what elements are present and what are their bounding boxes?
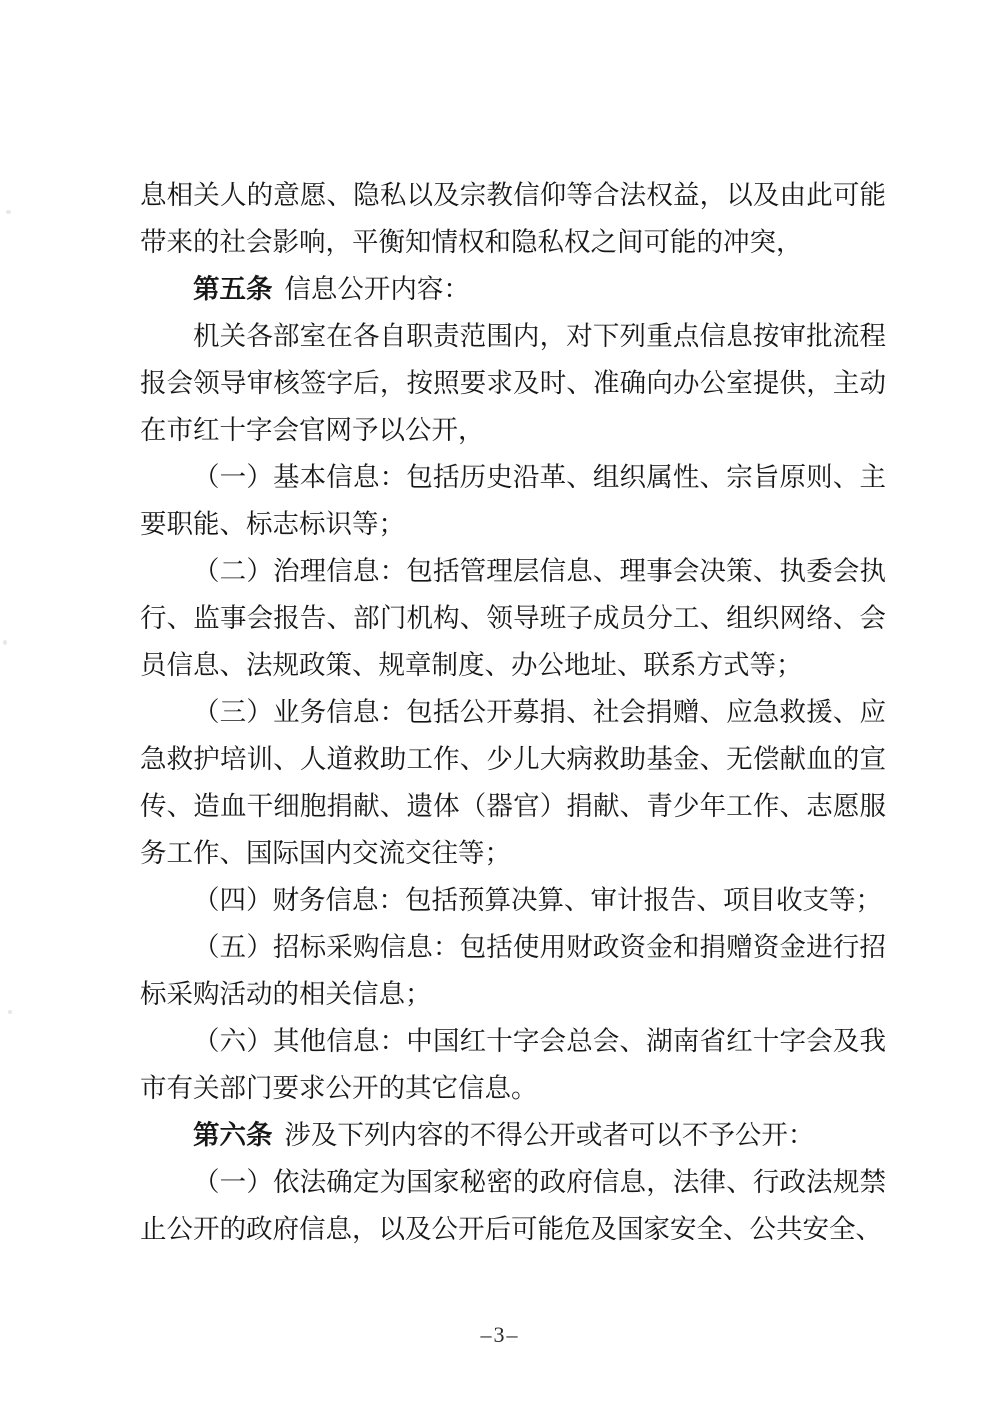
paragraph-text: （五）招标采购信息：包括使用财政资金和捐赠资金进行招标采购活动的相关信息； [140, 932, 886, 1009]
article-5-item-5: （五）招标采购信息：包括使用财政资金和捐赠资金进行招标采购活动的相关信息； [140, 924, 886, 1018]
article-5-item-4: （四）财务信息：包括预算决算、审计报告、项目收支等； [140, 877, 886, 924]
scan-speckle [3, 640, 7, 645]
article-6-number: 第六条 [193, 1120, 273, 1150]
article-5-number: 第五条 [193, 274, 273, 304]
paragraph-text: （四）财务信息：包括预算决算、审计报告、项目收支等； [193, 885, 882, 915]
article-5-item-6: （六）其他信息：中国红十字会总会、湖南省红十字会及我市有关部门要求公开的其它信息… [140, 1018, 886, 1112]
article-5-item-1: （一）基本信息：包括历史沿革、组织属性、宗旨原则、主要职能、标志标识等； [140, 454, 886, 548]
paragraph-text: 机关各部室在各自职责范围内，对下列重点信息按审批流程报会领导审核签字后，按照要求… [140, 321, 886, 445]
scan-speckle [8, 1010, 12, 1014]
document-page: 息相关人的意愿、隐私以及宗教信仰等合法权益，以及由此可能带来的社会影响，平衡知情… [0, 0, 1000, 1413]
article-6-item-1: （一）依法确定为国家秘密的政府信息，法律、行政法规禁止公开的政府信息，以及公开后… [140, 1159, 886, 1253]
article-6-title: 涉及下列内容的不得公开或者可以不予公开： [284, 1120, 814, 1150]
page-number: –3– [0, 1322, 1000, 1348]
paragraph-text: （一）依法确定为国家秘密的政府信息，法律、行政法规禁止公开的政府信息，以及公开后… [140, 1167, 886, 1244]
article-5-title: 信息公开内容： [284, 274, 470, 304]
paragraph-text: （二）治理信息：包括管理层信息、理事会决策、执委会执行、监事会报告、部门机构、领… [140, 556, 886, 680]
article-5-heading: 第五条信息公开内容： [140, 266, 886, 313]
paragraph-text: （六）其他信息：中国红十字会总会、湖南省红十字会及我市有关部门要求公开的其它信息… [140, 1026, 886, 1103]
paragraph-continued-from-previous-page: 息相关人的意愿、隐私以及宗教信仰等合法权益，以及由此可能带来的社会影响，平衡知情… [140, 172, 886, 266]
article-5-item-3: （三）业务信息：包括公开募捐、社会捐赠、应急救援、应急救护培训、人道救助工作、少… [140, 689, 886, 877]
document-body: 息相关人的意愿、隐私以及宗教信仰等合法权益，以及由此可能带来的社会影响，平衡知情… [140, 172, 886, 1253]
paragraph-text: （一）基本信息：包括历史沿革、组织属性、宗旨原则、主要职能、标志标识等； [140, 462, 886, 539]
article-5-item-2: （二）治理信息：包括管理层信息、理事会决策、执委会执行、监事会报告、部门机构、领… [140, 548, 886, 689]
paragraph-text: （三）业务信息：包括公开募捐、社会捐赠、应急救援、应急救护培训、人道救助工作、少… [140, 697, 886, 868]
scan-speckle [6, 210, 11, 214]
paragraph-text: 息相关人的意愿、隐私以及宗教信仰等合法权益，以及由此可能带来的社会影响，平衡知情… [140, 180, 886, 257]
article-5-body: 机关各部室在各自职责范围内，对下列重点信息按审批流程报会领导审核签字后，按照要求… [140, 313, 886, 454]
article-6-heading: 第六条涉及下列内容的不得公开或者可以不予公开： [140, 1112, 886, 1159]
